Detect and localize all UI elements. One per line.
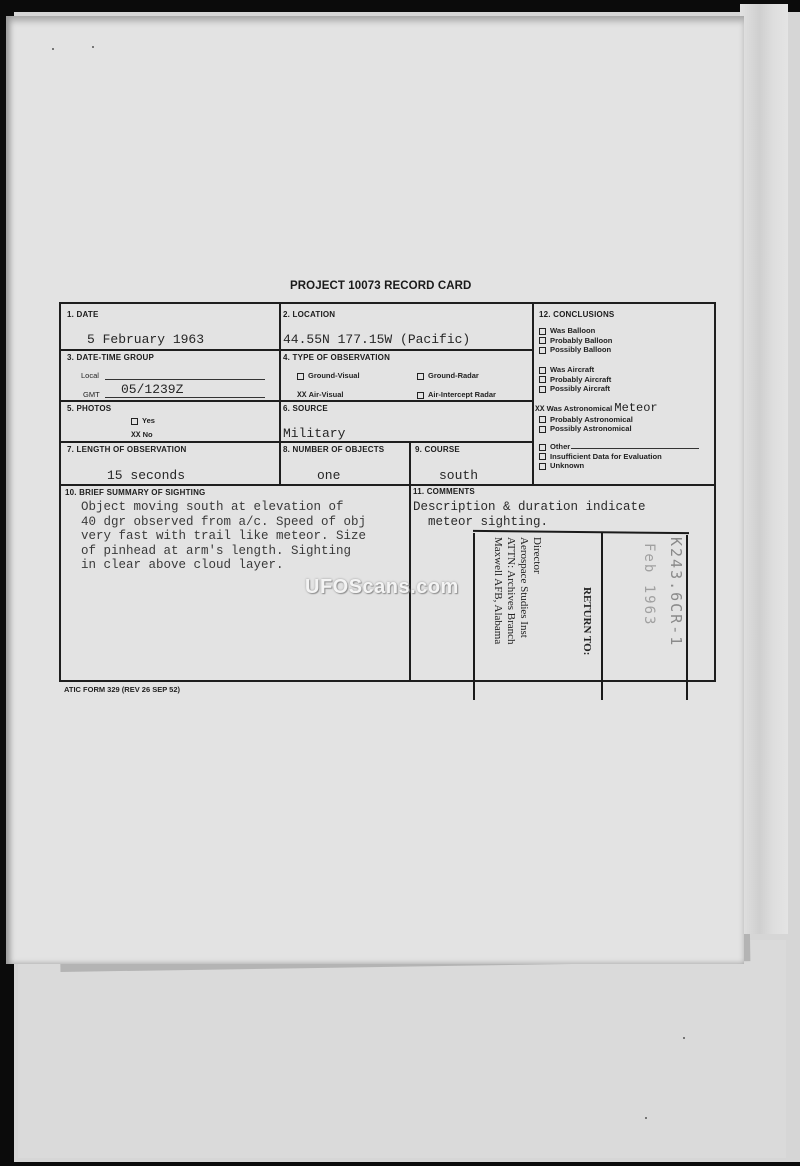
- date-label: 1. DATE: [67, 310, 98, 319]
- stamp-border: [473, 530, 689, 534]
- course-label: 9. COURSE: [415, 445, 460, 454]
- brief-summary-text: Object moving south at elevation of 40 d…: [81, 500, 366, 573]
- date-time-group-label: 3. DATE-TIME GROUP: [67, 353, 154, 362]
- checkbox-icon: [539, 347, 546, 354]
- date-value: 5 February 1963: [87, 332, 204, 347]
- conclusions-group-aircraft: Was Aircraft Probably Aircraft Possibly …: [539, 365, 611, 394]
- divider: [279, 304, 281, 484]
- comments-label: 11. COMMENTS: [413, 487, 475, 496]
- conclusion-probably-astronomical[interactable]: Probably Astronomical: [535, 415, 658, 425]
- checkbox-icon: [417, 392, 424, 399]
- option-air-intercept-radar[interactable]: Air-Intercept Radar: [417, 390, 496, 399]
- length-of-observation-label: 7. LENGTH OF OBSERVATION: [67, 445, 186, 454]
- checked-x-icon: XX: [131, 431, 141, 440]
- conclusion-insufficient-data[interactable]: Insufficient Data for Evaluation: [539, 452, 699, 462]
- handwritten-reference: K243.6CR-1: [667, 537, 685, 647]
- form-footer: ATIC FORM 329 (REV 26 SEP 52): [64, 685, 180, 694]
- checkbox-icon: [417, 373, 424, 380]
- source-value: Military: [283, 426, 345, 441]
- checkbox-icon: [539, 416, 546, 423]
- gmt-field-line: [105, 397, 265, 398]
- course-value: south: [439, 468, 478, 483]
- checkbox-icon: [539, 444, 546, 451]
- conclusion-other[interactable]: Other: [539, 442, 699, 452]
- checkbox-icon: [539, 426, 546, 433]
- conclusion-possibly-aircraft[interactable]: Possibly Aircraft: [539, 384, 611, 394]
- divider: [61, 349, 533, 351]
- number-of-objects-value: one: [317, 468, 340, 483]
- conclusion-probably-aircraft[interactable]: Probably Aircraft: [539, 375, 611, 385]
- conclusion-was-aircraft[interactable]: Was Aircraft: [539, 365, 611, 375]
- checkbox-icon: [539, 463, 546, 470]
- location-label: 2. LOCATION: [283, 310, 335, 319]
- checked-x-icon: XX: [535, 405, 545, 414]
- photos-label: 5. PHOTOS: [67, 404, 111, 413]
- checkbox-icon: [539, 386, 546, 393]
- divider: [61, 400, 533, 402]
- length-of-observation-value: 15 seconds: [107, 468, 185, 483]
- option-ground-radar[interactable]: Ground-Radar: [417, 371, 479, 380]
- option-ground-visual[interactable]: Ground-Visual: [297, 371, 360, 380]
- option-air-visual[interactable]: XXAir-Visual: [297, 390, 343, 400]
- underlying-page: [18, 940, 786, 1158]
- conclusion-was-astronomical[interactable]: XXWas Astronomical Meteor: [535, 404, 658, 415]
- return-to-stamp: Director Aerospace Studies Inst ATTN: Ar…: [471, 525, 689, 700]
- option-photos-yes[interactable]: Yes: [131, 416, 155, 425]
- conclusions-group-other: Other Insufficient Data for Evaluation U…: [539, 442, 699, 471]
- divider: [409, 441, 411, 682]
- page-edge-strip: [740, 4, 788, 934]
- checked-x-icon: XX: [297, 391, 307, 400]
- checkbox-icon: [539, 376, 546, 383]
- conclusion-possibly-astronomical[interactable]: Possibly Astronomical: [535, 424, 658, 434]
- local-label: Local: [81, 371, 99, 380]
- scan-speck: [52, 48, 54, 50]
- checkbox-icon: [539, 328, 546, 335]
- divider: [61, 484, 716, 486]
- conclusion-possibly-balloon[interactable]: Possibly Balloon: [539, 345, 612, 355]
- stamp-border: [601, 533, 603, 700]
- handwritten-date: Feb 1963: [641, 543, 657, 626]
- card-title: PROJECT 10073 RECORD CARD: [290, 280, 471, 292]
- conclusions-group-balloon: Was Balloon Probably Balloon Possibly Ba…: [539, 326, 612, 355]
- checkbox-icon: [539, 337, 546, 344]
- stamp-border: [473, 533, 475, 700]
- checkbox-icon: [297, 373, 304, 380]
- scan-speck: [92, 46, 94, 48]
- meteor-annotation: Meteor: [614, 401, 657, 415]
- checkbox-icon: [539, 367, 546, 374]
- scan-speck: [645, 1117, 647, 1119]
- conclusion-was-balloon[interactable]: Was Balloon: [539, 326, 612, 336]
- other-field-line: [571, 448, 699, 449]
- local-field-line: [105, 379, 265, 380]
- return-to-label: RETURN TO:: [581, 587, 593, 655]
- location-value: 44.55N 177.15W (Pacific): [283, 332, 470, 347]
- checkbox-icon: [539, 453, 546, 460]
- stamp-border: [686, 535, 688, 700]
- checkbox-icon: [131, 418, 138, 425]
- conclusions-label: 12. CONCLUSIONS: [539, 310, 614, 319]
- watermark: UFOScans.com: [305, 576, 459, 599]
- conclusion-probably-balloon[interactable]: Probably Balloon: [539, 336, 612, 346]
- stamp-address: Director Aerospace Studies Inst ATTN: Ar…: [491, 537, 543, 645]
- gmt-label: GMT: [83, 390, 100, 399]
- source-label: 6. SOURCE: [283, 404, 328, 413]
- divider: [532, 304, 534, 484]
- divider: [61, 441, 533, 443]
- conclusions-group-astronomical: XXWas Astronomical Meteor Probably Astro…: [535, 404, 658, 434]
- gmt-value: 05/1239Z: [121, 382, 183, 397]
- scan-speck: [683, 1037, 685, 1039]
- type-of-observation-label: 4. TYPE OF OBSERVATION: [283, 353, 390, 362]
- number-of-objects-label: 8. NUMBER OF OBJECTS: [283, 445, 384, 454]
- brief-summary-label: 10. BRIEF SUMMARY OF SIGHTING: [65, 488, 205, 497]
- option-photos-no[interactable]: XXNo: [131, 430, 153, 440]
- conclusion-unknown[interactable]: Unknown: [539, 461, 699, 471]
